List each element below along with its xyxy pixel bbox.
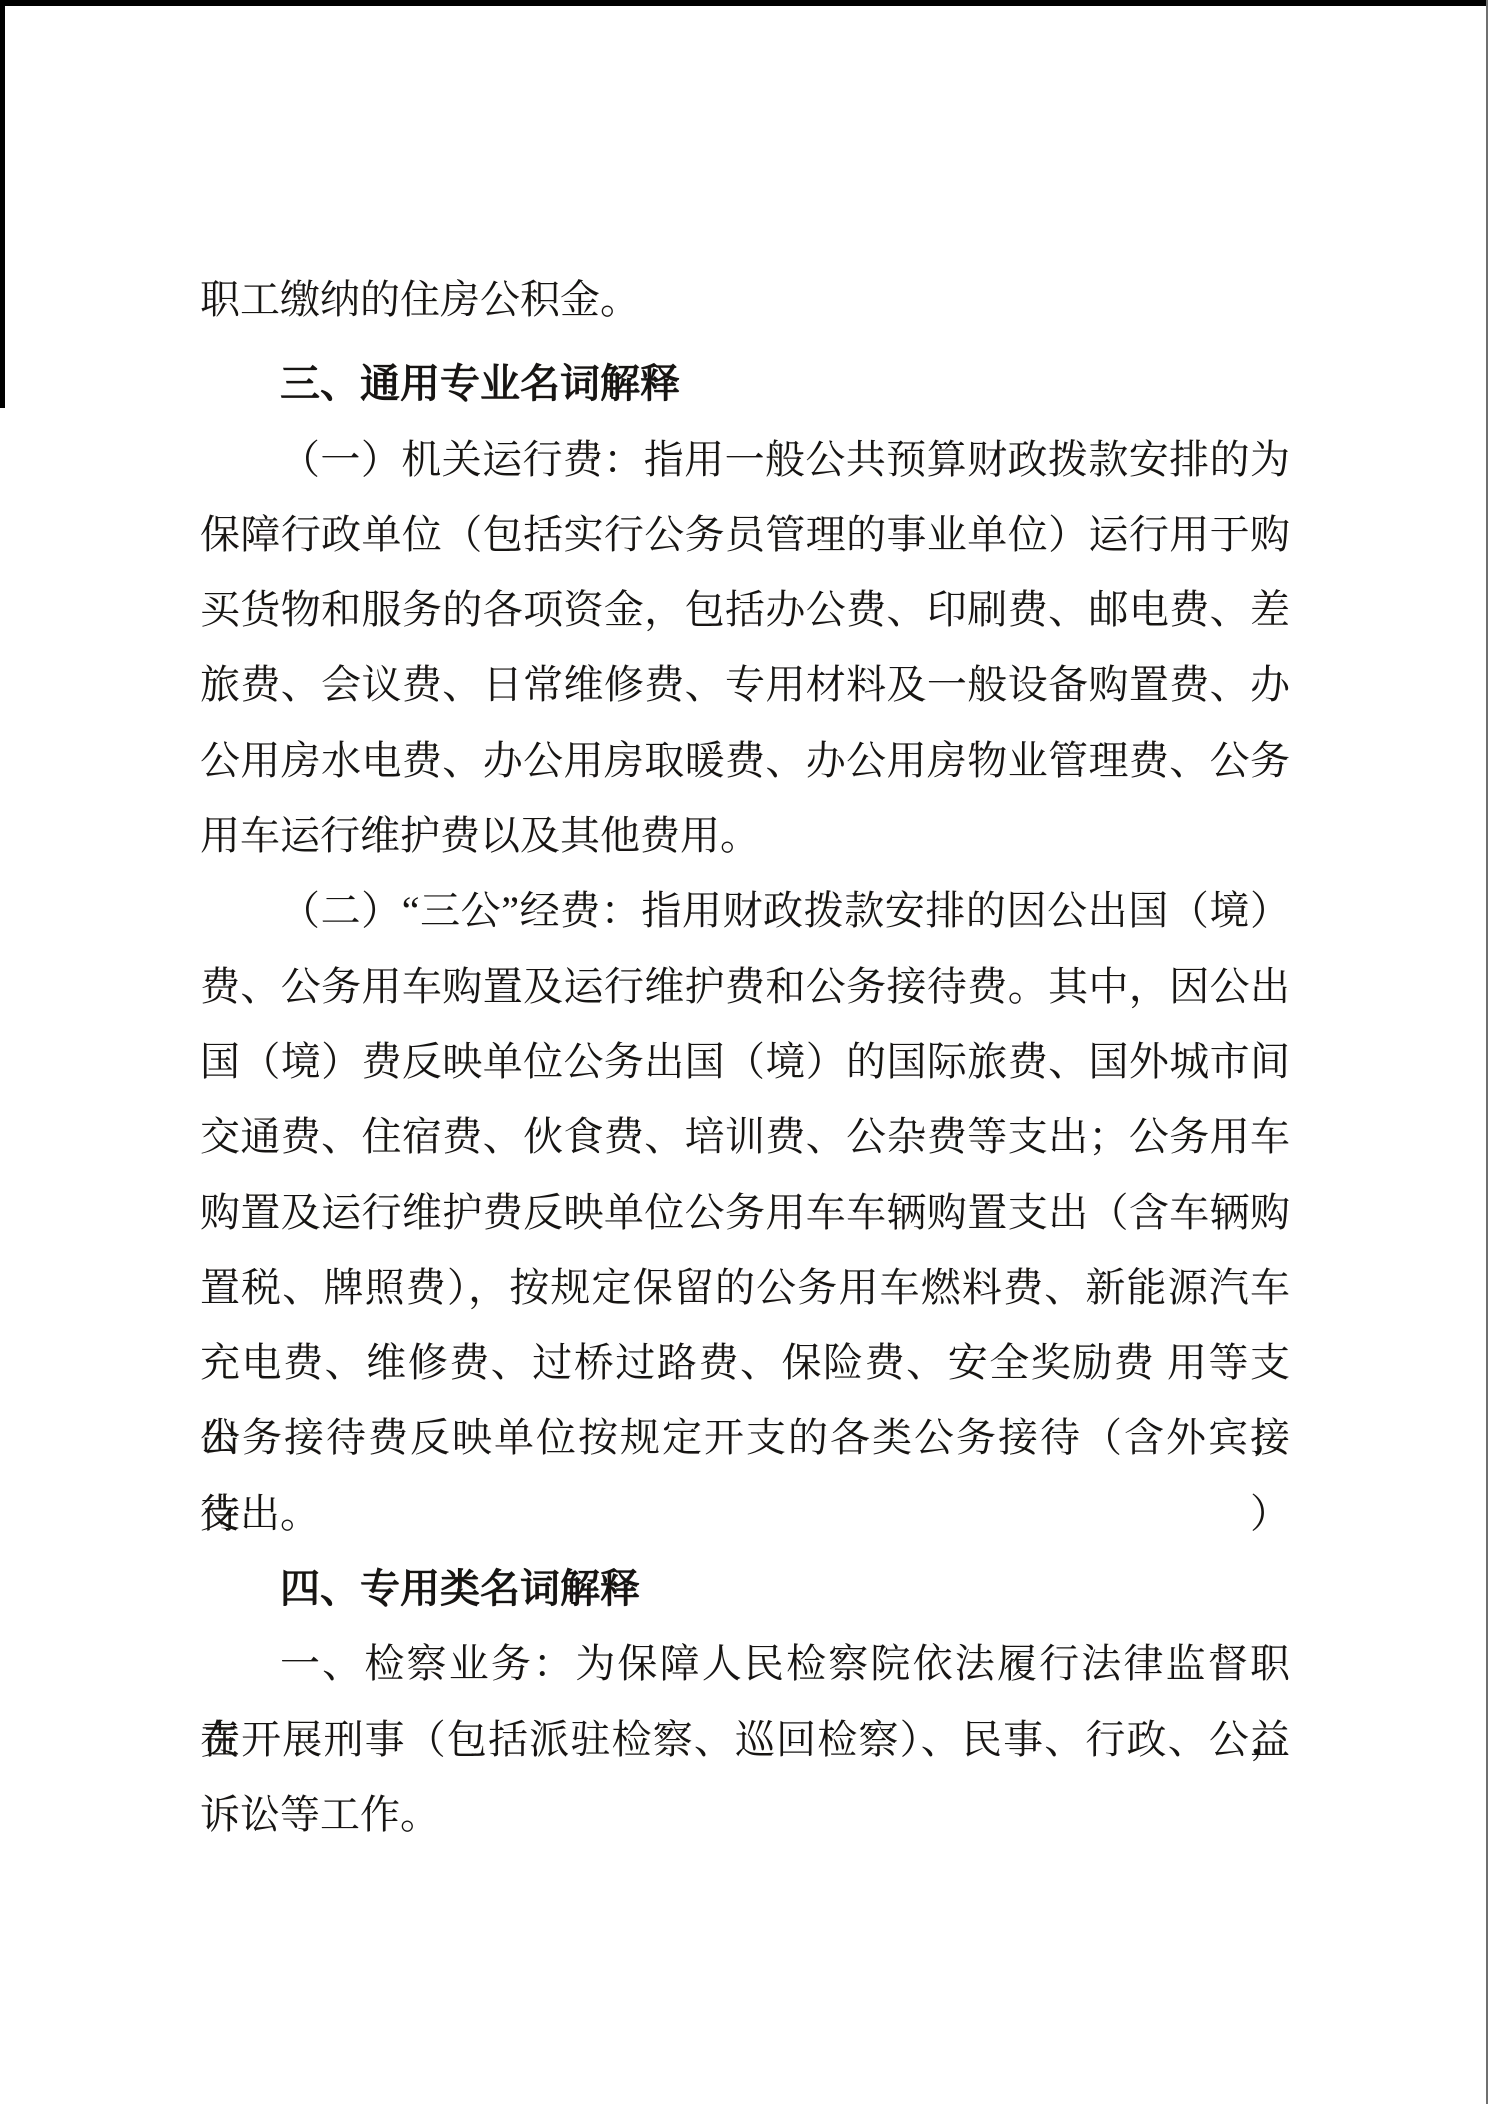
paragraph-continuation-line: 职工缴纳的住房公积金。 xyxy=(200,262,1290,337)
paragraph-line: 购置及运行维护费反映单位公务用车车辆购置支出（含车辆购 xyxy=(200,1175,1290,1250)
section4-heading: 四、专用类名词解释 xyxy=(200,1551,1290,1626)
page: 职工缴纳的住房公积金。 三、通用专业名词解释 （一）机关运行费：指用一般公共预算… xyxy=(0,0,1488,2104)
paragraph-line: 交通费、住宿费、伙食费、培训费、公杂费等支出；公务用车 xyxy=(200,1099,1290,1174)
paragraph-line: 公用房水电费、办公用房取暖费、办公用房物业管理费、公务 xyxy=(200,723,1290,798)
paragraph-line: 充电费、维修费、过桥过路费、保险费、安全奖励费 用等支出； xyxy=(200,1325,1290,1400)
paragraph-line: 保障行政单位（包括实行公务员管理的事业单位）运行用于购 xyxy=(200,497,1290,572)
paragraph-line: 一、检察业务：为保障人民检察院依法履行法律监督职责， xyxy=(200,1626,1290,1701)
document-body: 职工缴纳的住房公积金。 三、通用专业名词解释 （一）机关运行费：指用一般公共预算… xyxy=(200,262,1290,1852)
paragraph-line: （二）“三公”经费：指用财政拨款安排的因公出国（境） xyxy=(200,873,1290,948)
paragraph-line: 置税、牌照费），按规定保留的公务用车燃料费、新能源汽车 xyxy=(200,1250,1290,1325)
paragraph-line: 公务接待费反映单位按规定开支的各类公务接待（含外宾接待） xyxy=(200,1400,1290,1475)
paragraph-line: 国（境）费反映单位公务出国（境）的国际旅费、国外城市间 xyxy=(200,1024,1290,1099)
paragraph-line: 买货物和服务的各项资金，包括办公费、印刷费、邮电费、差 xyxy=(200,572,1290,647)
paragraph-line: 诉讼等工作。 xyxy=(200,1777,1290,1852)
paragraph-line: 旅费、会议费、日常维修费、专用材料及一般设备购置费、办 xyxy=(200,647,1290,722)
paragraph-line: （一）机关运行费：指用一般公共预算财政拨款安排的为 xyxy=(200,422,1290,497)
paragraph-line: 在开展刑事（包括派驻检察、巡回检察）、民事、行政、公益 xyxy=(200,1702,1290,1777)
paragraph-line: 费、公务用车购置及运行维护费和公务接待费。其中，因公出 xyxy=(200,949,1290,1024)
section3-heading: 三、通用专业名词解释 xyxy=(200,346,1290,421)
scan-edge-left xyxy=(0,0,5,408)
paragraph-line: 用车运行维护费以及其他费用。 xyxy=(200,798,1290,873)
scan-edge-top xyxy=(0,0,1488,6)
